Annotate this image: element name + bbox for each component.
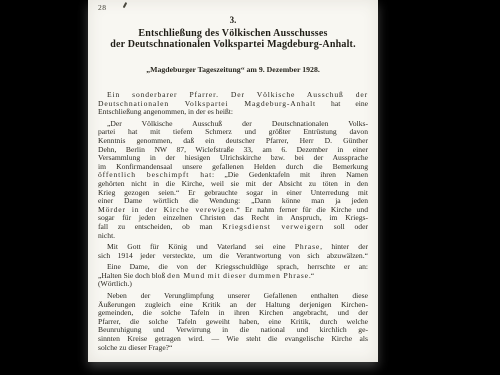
body-text: Ein sonderbarer Pfarrer. Der Völkische A…: [98, 91, 368, 352]
document-title: Entschließung des Völkischen Ausschusses…: [98, 29, 368, 50]
page-content: 28 3. Entschließung des Völkischen Aussc…: [88, 0, 378, 362]
text-line: Entschließung angenommen, in der es heiß…: [98, 108, 368, 117]
emphasized-phrase: öffentlich beschimpft hat: [98, 170, 212, 179]
source-line: „Magdeburger Tageszeitung“ am 9. Dezembe…: [98, 65, 368, 74]
emphasized-phrase: Phrase: [295, 242, 320, 251]
text-line: fall zu entscheiden, ob man Kriegsdienst…: [98, 223, 368, 232]
text-line: solche zu dieser Frage?“: [98, 344, 368, 353]
text-line: (Wörtlich.): [98, 280, 368, 289]
paragraph-resolution-quote: „Der Völkische Ausschuß der Deutschnatio…: [98, 120, 368, 240]
text-line: „Halten Sie doch bloß den Mund mit diese…: [98, 272, 368, 281]
paragraph-dame: Eine Dame, die von der Kriegsschuldlüge …: [98, 263, 368, 289]
title-line-2: der Deutschnationalen Volkspartei Magdeb…: [98, 40, 368, 51]
emphasized-phrase: den Mund mit dieser dummen Phrase: [167, 271, 309, 280]
section-number: 3.: [98, 0, 368, 25]
text-line: sich 1914 jeder versteckte, um die Veran…: [98, 252, 368, 261]
emphasized-phrase: Kriegsdienst verweigern: [222, 222, 324, 231]
paragraph-intro: Ein sonderbarer Pfarrer. Der Völkische A…: [98, 91, 368, 117]
page-number: 28: [98, 3, 107, 12]
paragraph-closing: Neben der Verunglimpfung unserer Gefalle…: [98, 292, 368, 352]
title-line-1: Entschließung des Völkischen Ausschusses: [98, 29, 368, 40]
text-line: nicht.: [98, 232, 368, 241]
paragraph-phrase: Mit Gott für König und Vaterland sei ein…: [98, 243, 368, 260]
scan-background: 28 3. Entschließung des Völkischen Aussc…: [0, 0, 500, 375]
scanned-page: 28 3. Entschließung des Völkischen Aussc…: [88, 0, 378, 362]
